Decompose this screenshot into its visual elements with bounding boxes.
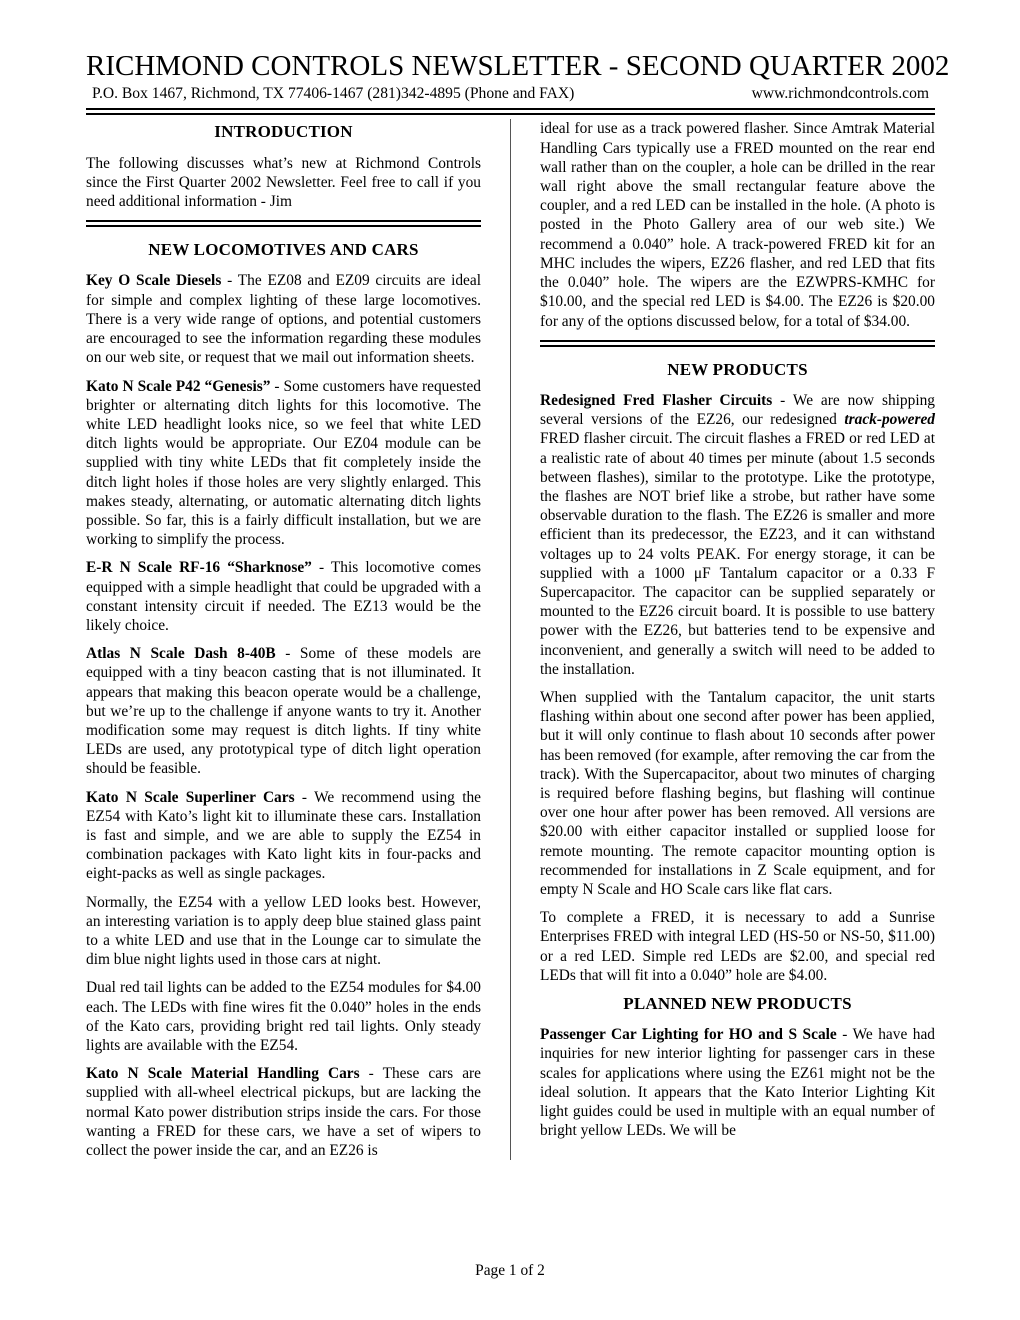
paragraph-text: - Some of these models are equipped with… — [86, 645, 481, 777]
left-column: INTRODUCTION The following discusses wha… — [86, 119, 481, 1160]
newsletter-header: RICHMOND CONTROLS NEWSLETTER - SECOND QU… — [86, 50, 935, 103]
paragraph-text: Normally, the EZ54 with a yellow LED loo… — [86, 894, 481, 969]
paragraph-yellow-led-variation: Normally, the EZ54 with a yellow LED loo… — [86, 893, 481, 970]
paragraph-lead: Key O Scale Diesels — [86, 272, 221, 289]
newsletter-title: RICHMOND CONTROLS NEWSLETTER - SECOND QU… — [86, 50, 935, 82]
newsletter-page: RICHMOND CONTROLS NEWSLETTER - SECOND QU… — [0, 0, 1020, 1320]
paragraph-complete-a-fred: To complete a FRED, it is necessary to a… — [540, 908, 935, 985]
paragraph-text: The following discusses what’s new at Ri… — [86, 155, 481, 210]
address-text: P.O. Box 1467, Richmond, TX 77406-1467 (… — [92, 85, 574, 103]
heading-new-products: NEW PRODUCTS — [540, 360, 935, 379]
column-divider-rule — [510, 119, 511, 1160]
paragraph-kato-material-handling-cars: Kato N Scale Material Handling Cars - Th… — [86, 1064, 481, 1160]
paragraph-lead: Kato N Scale P42 “Genesis” — [86, 378, 270, 395]
page-content: RICHMOND CONTROLS NEWSLETTER - SECOND QU… — [0, 0, 1020, 1160]
paragraph-lead: Kato N Scale Material Handling Cars — [86, 1065, 360, 1082]
column-gutter — [481, 119, 540, 1160]
paragraph-emphasis: track-powered — [844, 411, 935, 428]
heading-introduction: INTRODUCTION — [86, 122, 481, 141]
paragraph-redesigned-fred-flasher: Redesigned Fred Flasher Circuits - We ar… — [540, 391, 935, 679]
paragraph-lead: E-R N Scale RF-16 “Sharknose” — [86, 559, 312, 576]
paragraph-text: - Some customers have requested brighter… — [86, 378, 481, 549]
header-divider-rule — [86, 108, 935, 115]
paragraph-mhc-continuation: ideal for use as a track powered flasher… — [540, 119, 935, 330]
section-divider-rule — [86, 220, 481, 227]
heading-planned-new-products: PLANNED NEW PRODUCTS — [540, 994, 935, 1013]
paragraph-kato-superliner-cars: Kato N Scale Superliner Cars - We recomm… — [86, 788, 481, 884]
two-column-body: INTRODUCTION The following discusses wha… — [86, 119, 935, 1160]
right-column: ideal for use as a track powered flasher… — [540, 119, 935, 1160]
paragraph-kato-p42-genesis: Kato N Scale P42 “Genesis” - Some custom… — [86, 377, 481, 550]
paragraph-text: Dual red tail lights can be added to the… — [86, 979, 481, 1054]
paragraph-lead: Kato N Scale Superliner Cars — [86, 789, 295, 806]
paragraph-er-rf16-sharknose: E-R N Scale RF-16 “Sharknose” - This loc… — [86, 558, 481, 635]
paragraph-text: When supplied with the Tantalum capacito… — [540, 689, 935, 898]
section-divider-rule — [540, 340, 935, 347]
paragraph-text: ideal for use as a track powered flasher… — [540, 120, 935, 329]
paragraph-lead: Passenger Car Lighting for HO and S Scal… — [540, 1026, 837, 1043]
website-text: www.richmondcontrols.com — [752, 85, 929, 103]
paragraph-lead: Redesigned Fred Flasher Circuits — [540, 392, 772, 409]
paragraph-text: To complete a FRED, it is necessary to a… — [540, 909, 935, 984]
paragraph-atlas-dash-8-40b: Atlas N Scale Dash 8-40B - Some of these… — [86, 644, 481, 778]
address-row: P.O. Box 1467, Richmond, TX 77406-1467 (… — [86, 85, 935, 103]
page-footer: Page 1 of 2 — [0, 1262, 1020, 1280]
paragraph-text: FRED flasher circuit. The circuit flashe… — [540, 430, 935, 677]
paragraph-tantalum-capacitor: When supplied with the Tantalum capacito… — [540, 688, 935, 899]
paragraph-lead: Atlas N Scale Dash 8-40B — [86, 645, 276, 662]
heading-new-locomotives: NEW LOCOMOTIVES AND CARS — [86, 240, 481, 259]
paragraph-introduction: The following discusses what’s new at Ri… — [86, 154, 481, 212]
paragraph-dual-red-tail-lights: Dual red tail lights can be added to the… — [86, 978, 481, 1055]
paragraph-key-o-scale-diesels: Key O Scale Diesels - The EZ08 and EZ09 … — [86, 271, 481, 367]
page-number-label: Page 1 of 2 — [475, 1262, 545, 1279]
paragraph-passenger-car-lighting: Passenger Car Lighting for HO and S Scal… — [540, 1025, 935, 1140]
